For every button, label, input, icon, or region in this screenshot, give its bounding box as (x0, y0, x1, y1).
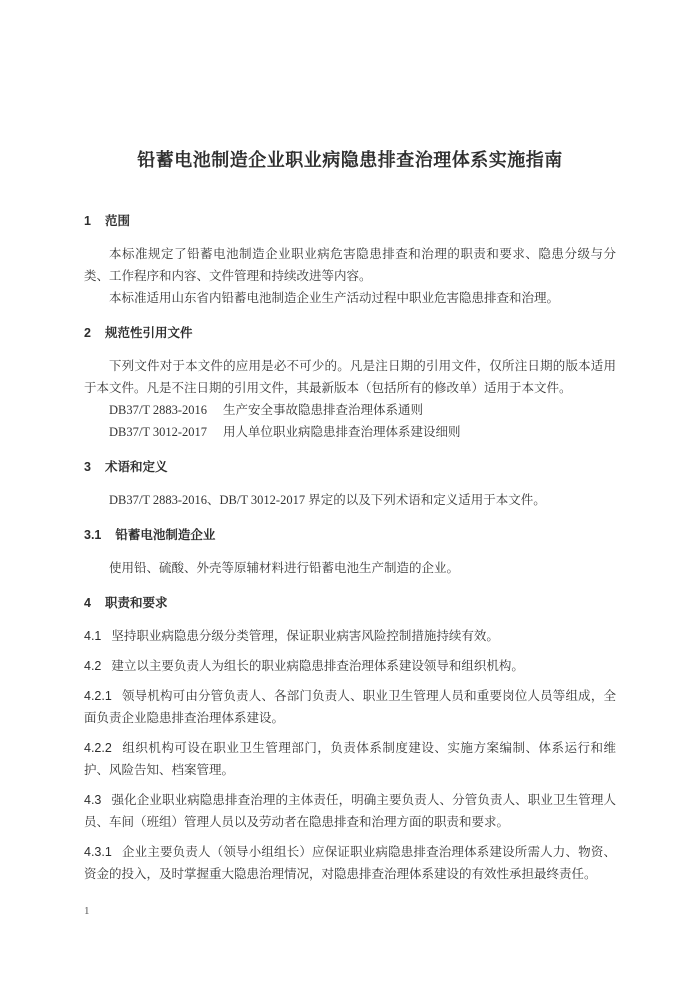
section-title: 铅蓄电池制造企业 (115, 528, 215, 542)
section-title: 职责和要求 (105, 596, 168, 610)
clause-number: 4.2.2 (84, 741, 112, 755)
clause-4-2-2: 4.2.2组织机构可设在职业卫生管理部门，负责体系制度建设、实施方案编制、体系运… (84, 737, 616, 781)
reference-title: 用人单位职业病隐患排查治理体系建设细则 (223, 425, 461, 439)
paragraph: 使用铅、硫酸、外壳等原辅材料进行铅蓄电池生产制造的企业。 (84, 557, 616, 579)
clause-4-2: 4.2建立以主要负责人为组长的职业病隐患排查治理体系建设领导和组织机构。 (84, 655, 616, 677)
clause-number: 4.3.1 (84, 845, 112, 859)
reference-title: 生产安全事故隐患排查治理体系通则 (223, 403, 423, 417)
reference-code: DB37/T 3012-2017 (109, 425, 207, 439)
section-title: 术语和定义 (105, 460, 168, 474)
clause-text: 领导机构可由分管负责人、各部门负责人、职业卫生管理人员和重要岗位人员等组成，全面… (84, 689, 616, 725)
section-heading-2: 2规范性引用文件 (84, 322, 616, 344)
clause-4-2-1: 4.2.1领导机构可由分管负责人、各部门负责人、职业卫生管理人员和重要岗位人员等… (84, 685, 616, 729)
clause-4-3: 4.3强化企业职业病隐患排查治理的主体责任，明确主要负责人、分管负责人、职业卫生… (84, 789, 616, 833)
clause-text: 建立以主要负责人为组长的职业病隐患排查治理体系建设领导和组织机构。 (111, 659, 524, 673)
normative-reference: DB37/T 3012-2017用人单位职业病隐患排查治理体系建设细则 (84, 421, 616, 443)
section-number: 1 (84, 214, 91, 228)
section-number: 3 (84, 460, 91, 474)
clause-number: 4.3 (84, 793, 101, 807)
clause-4-3-1: 4.3.1企业主要负责人（领导小组组长）应保证职业病隐患排查治理体系建设所需人力… (84, 841, 616, 885)
clause-4-1: 4.1坚持职业病隐患分级分类管理，保证职业病害风险控制措施持续有效。 (84, 625, 616, 647)
clause-number: 4.2.1 (84, 689, 112, 703)
normative-reference: DB37/T 2883-2016生产安全事故隐患排查治理体系通则 (84, 399, 616, 421)
paragraph: 本标准规定了铅蓄电池制造企业职业病危害隐患排查和治理的职责和要求、隐患分级与分类… (84, 243, 616, 287)
page-number: 1 (84, 903, 90, 919)
paragraph: DB37/T 2883-2016、DB/T 3012-2017 界定的以及下列术… (84, 489, 616, 511)
section-title: 范围 (105, 214, 130, 228)
page-title: 铅蓄电池制造企业职业病隐患排查治理体系实施指南 (84, 0, 616, 174)
reference-code: DB37/T 2883-2016 (109, 403, 207, 417)
section-heading-1: 1范围 (84, 210, 616, 232)
section-heading-3-1: 3.1铅蓄电池制造企业 (84, 524, 616, 546)
section-heading-3: 3术语和定义 (84, 456, 616, 478)
section-number: 2 (84, 326, 91, 340)
section-number: 4 (84, 596, 91, 610)
clause-number: 4.2 (84, 659, 101, 673)
clause-number: 4.1 (84, 629, 101, 643)
clause-text: 坚持职业病隐患分级分类管理，保证职业病害风险控制措施持续有效。 (111, 629, 499, 643)
section-heading-4: 4职责和要求 (84, 592, 616, 614)
document-page: 铅蓄电池制造企业职业病隐患排查治理体系实施指南 1范围 本标准规定了铅蓄电池制造… (0, 0, 700, 990)
clause-text: 强化企业职业病隐患排查治理的主体责任，明确主要负责人、分管负责人、职业卫生管理人… (84, 793, 616, 829)
clause-text: 企业主要负责人（领导小组组长）应保证职业病隐患排查治理体系建设所需人力、物资、资… (84, 845, 616, 881)
paragraph: 下列文件对于本文件的应用是必不可少的。凡是注日期的引用文件，仅所注日期的版本适用… (84, 355, 616, 399)
clause-text: 组织机构可设在职业卫生管理部门，负责体系制度建设、实施方案编制、体系运行和维护、… (84, 741, 616, 777)
section-number: 3.1 (84, 528, 101, 542)
paragraph: 本标准适用山东省内铅蓄电池制造企业生产活动过程中职业危害隐患排查和治理。 (84, 287, 616, 309)
section-title: 规范性引用文件 (105, 326, 193, 340)
